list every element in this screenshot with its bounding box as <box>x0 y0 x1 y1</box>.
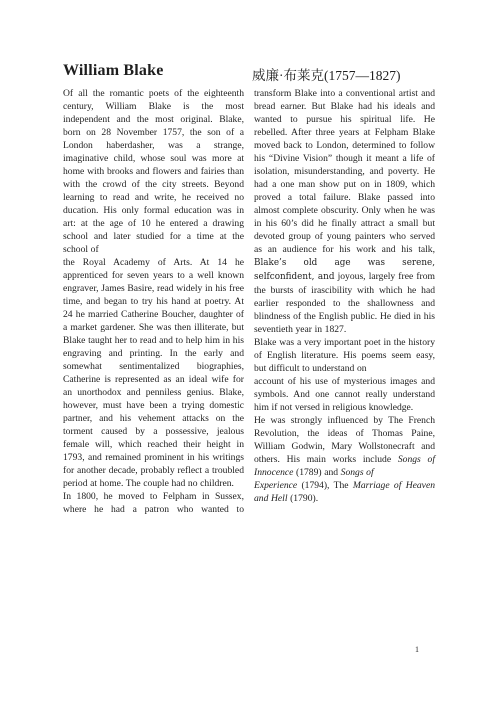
header: William Blake 威廉·布莱克(1757—1827) <box>63 62 436 84</box>
text-run: transform Blake into a conventional arti… <box>254 88 435 255</box>
text-run: account of his use of mysterious images … <box>254 376 435 413</box>
text-run: Of all the romantic poets of the eightee… <box>63 88 244 255</box>
text-run: Songs of <box>341 467 374 478</box>
text-run: (1789) and <box>293 467 340 478</box>
page-number: 1 <box>415 645 419 654</box>
text-run: (1794), The <box>297 480 353 491</box>
paragraph: Blake was a very important poet in the h… <box>254 336 435 375</box>
article-title-chinese: 威廉·布莱克(1757—1827) <box>252 64 401 84</box>
text-run: the Royal Academy of Arts. At 14 he appr… <box>63 257 244 489</box>
paragraph: In 1800, he moved to Felpham in Sussex, … <box>63 490 244 516</box>
text-run: Experience <box>254 480 297 491</box>
document-page: William Blake 威廉·布莱克(1757—1827) Of all t… <box>0 0 496 702</box>
two-column-body: Of all the romantic poets of the eightee… <box>63 87 436 516</box>
article-title-english: William Blake <box>63 62 164 80</box>
paragraph: Of all the romantic poets of the eightee… <box>63 87 244 256</box>
paragraph: transform Blake into a conventional arti… <box>254 87 435 336</box>
right-column: transform Blake into a conventional arti… <box>254 87 435 516</box>
paragraph: account of his use of mysterious images … <box>254 375 435 414</box>
paragraph: Experience (1794), The Marriage of Heave… <box>254 479 435 505</box>
paragraph: the Royal Academy of Arts. At 14 he appr… <box>63 256 244 490</box>
text-run: In 1800, he moved to Felpham in Sussex, … <box>63 491 244 515</box>
left-column: Of all the romantic poets of the eightee… <box>63 87 244 516</box>
text-run: Blake was a very important poet in the h… <box>254 337 435 374</box>
text-run: (1790). <box>288 493 319 504</box>
paragraph: He was strongly influenced by The French… <box>254 414 435 479</box>
